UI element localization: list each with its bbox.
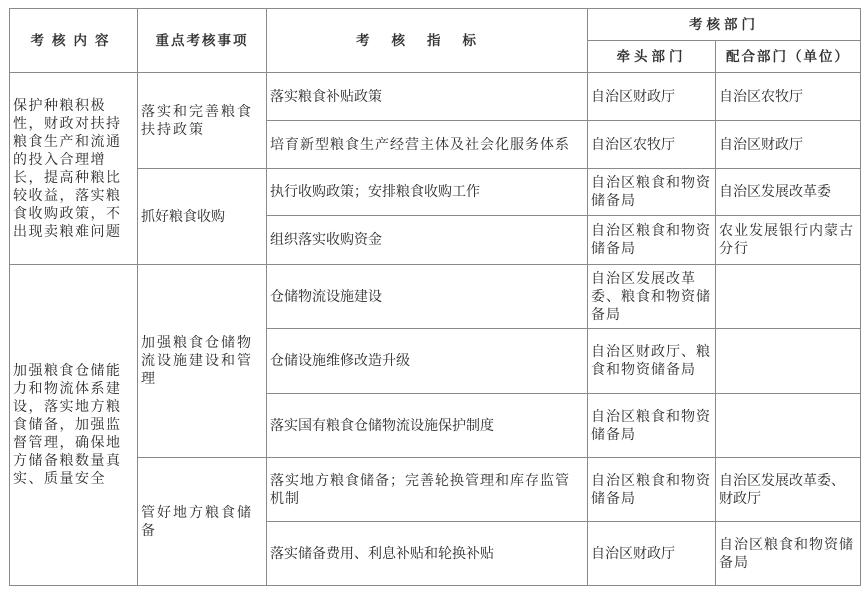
header-lead-dept: 牵头部门 xyxy=(588,41,716,73)
section-content-cell: 加强粮食仓储能力和物流体系建设，落实地方粮食储备，加强监督管理，确保地方储备粮数… xyxy=(10,265,138,586)
coop-dept-cell xyxy=(716,394,861,458)
lead-dept-cell: 自治区粮食和物资储备局 xyxy=(588,394,716,458)
coop-dept-cell: 自治区农牧厅 xyxy=(716,73,861,121)
lead-dept-cell: 自治区农牧厅 xyxy=(588,121,716,169)
indicator-cell: 执行收购政策；安排粮食收购工作 xyxy=(267,169,588,216)
lead-dept-cell: 自治区粮食和物资储备局 xyxy=(588,216,716,265)
key-item-cell: 落实和完善粮食扶持政策 xyxy=(138,73,267,169)
indicator-cell: 落实国有粮食仓储物流设施保护制度 xyxy=(267,394,588,458)
coop-dept-cell: 自治区财政厅 xyxy=(716,121,861,169)
lead-dept-cell: 自治区粮食和物资储备局 xyxy=(588,458,716,522)
table-row: 加强粮食仓储能力和物流体系建设，落实地方粮食储备，加强监督管理，确保地方储备粮数… xyxy=(10,265,861,329)
lead-dept-cell: 自治区发展改革委、粮食和物资储备局 xyxy=(588,265,716,329)
key-item-cell: 管好地方粮食储备 xyxy=(138,458,267,586)
header-indicators: 考核指标 xyxy=(267,9,588,73)
indicator-cell: 培育新型粮食生产经营主体及社会化服务体系 xyxy=(267,121,588,169)
header-departments: 考核部门 xyxy=(588,9,861,41)
assessment-table: 考核内容 重点考核事项 考核指标 考核部门 牵头部门 配合部门（单位） 保护种粮… xyxy=(9,8,861,586)
indicator-cell: 仓储物流设施建设 xyxy=(267,265,588,329)
table-row: 管好地方粮食储备 落实地方粮食储备；完善轮换管理和库存监管机制 自治区粮食和物资… xyxy=(10,458,861,522)
table-row: 抓好粮食收购 执行收购政策；安排粮食收购工作 自治区粮食和物资储备局 自治区发展… xyxy=(10,169,861,216)
section-content-cell: 保护种粮积极性，财政对扶持粮食生产和流通的投入合理增长，提高种粮比较收益，落实粮… xyxy=(10,73,138,265)
table-row: 保护种粮积极性，财政对扶持粮食生产和流通的投入合理增长，提高种粮比较收益，落实粮… xyxy=(10,73,861,121)
indicator-cell: 落实地方粮食储备；完善轮换管理和库存监管机制 xyxy=(267,458,588,522)
lead-dept-cell: 自治区财政厅 xyxy=(588,522,716,586)
coop-dept-cell xyxy=(716,265,861,329)
header-coop-dept: 配合部门（单位） xyxy=(716,41,861,73)
indicator-cell: 落实粮食补贴政策 xyxy=(267,73,588,121)
indicator-cell: 仓储设施维修改造升级 xyxy=(267,329,588,394)
header-content: 考核内容 xyxy=(10,9,138,73)
key-item-cell: 抓好粮食收购 xyxy=(138,169,267,265)
lead-dept-cell: 自治区粮食和物资储备局 xyxy=(588,169,716,216)
lead-dept-cell: 自治区财政厅、粮食和物资储备局 xyxy=(588,329,716,394)
lead-dept-cell: 自治区财政厅 xyxy=(588,73,716,121)
header-key-items: 重点考核事项 xyxy=(138,9,267,73)
coop-dept-cell xyxy=(716,329,861,394)
indicator-cell: 组织落实收购资金 xyxy=(267,216,588,265)
key-item-cell: 加强粮食仓储物流设施建设和管理 xyxy=(138,265,267,458)
coop-dept-cell: 自治区粮食和物资储备局 xyxy=(716,522,861,586)
coop-dept-cell: 农业发展银行内蒙古分行 xyxy=(716,216,861,265)
coop-dept-cell: 自治区发展改革委 xyxy=(716,169,861,216)
indicator-cell: 落实储备费用、利息补贴和轮换补贴 xyxy=(267,522,588,586)
coop-dept-cell: 自治区发展改革委、财政厅 xyxy=(716,458,861,522)
